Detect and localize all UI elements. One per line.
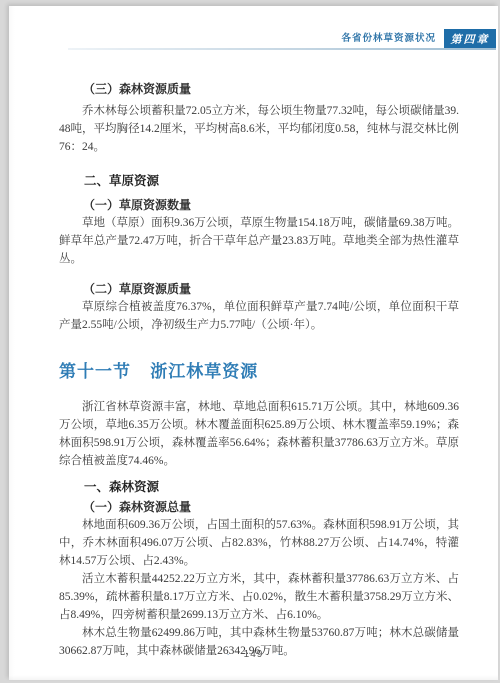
footer-dot-right: ·: [277, 649, 280, 659]
paragraph-grassland-quality: 草原综合植被盖度76.37%，单位面积鲜草产量7.74吨/公顷，单位面积干草产量…: [59, 298, 459, 334]
running-title: 各省份林草资源状况: [341, 30, 436, 44]
header-rule: [68, 48, 496, 50]
heading-forest-resources: 一、森林资源: [59, 478, 459, 496]
page-content: （三）森林资源质量 乔木林每公顷蓄积量72.05立方米，每公顷生物量77.32吨…: [59, 80, 459, 660]
page-number: 149: [244, 649, 264, 660]
section-title-zhejiang: 第十一节 浙江林草资源: [59, 360, 459, 384]
heading-forest-quality: （三）森林资源质量: [59, 80, 459, 98]
paragraph-standing-stock: 活立木蓄积量44252.22万立方米，其中，森林蓄积量37786.63万立方米、…: [59, 570, 459, 624]
paragraph-zhejiang-overview: 浙江省林草资源丰富，林地、草地总面积615.71万公顷。其中，林地609.36万…: [59, 398, 459, 470]
paragraph-forest-area: 林地面积609.36万公顷，占国土面积的57.63%。森林面积598.91万公顷…: [59, 516, 459, 570]
heading-grassland-quantity: （一）草原资源数量: [59, 196, 459, 214]
section-number: 第十一节: [59, 362, 131, 381]
page-footer: · 149 ·: [9, 646, 498, 662]
document-page: 各省份林草资源状况 第四章 （三）森林资源质量 乔木林每公顷蓄积量72.05立方…: [9, 6, 498, 680]
heading-forest-total: （一）森林资源总量: [59, 498, 459, 516]
paragraph-forest-quality: 乔木林每公顷蓄积量72.05立方米，每公顷生物量77.32吨，每公顷碳储量39.…: [59, 102, 459, 156]
chapter-tab-badge: 第四章: [444, 29, 496, 48]
footer-dot-left: ·: [227, 649, 230, 659]
heading-grassland-quality: （二）草原资源质量: [59, 280, 459, 298]
paragraph-grassland-quantity: 草地（草原）面积9.36万公顷，草原生物量154.18万吨，碳储量69.38万吨…: [59, 214, 459, 268]
heading-grassland-resources: 二、草原资源: [59, 172, 459, 190]
section-name: 浙江林草资源: [150, 362, 258, 381]
page-header: 各省份林草资源状况 第四章: [9, 26, 498, 48]
